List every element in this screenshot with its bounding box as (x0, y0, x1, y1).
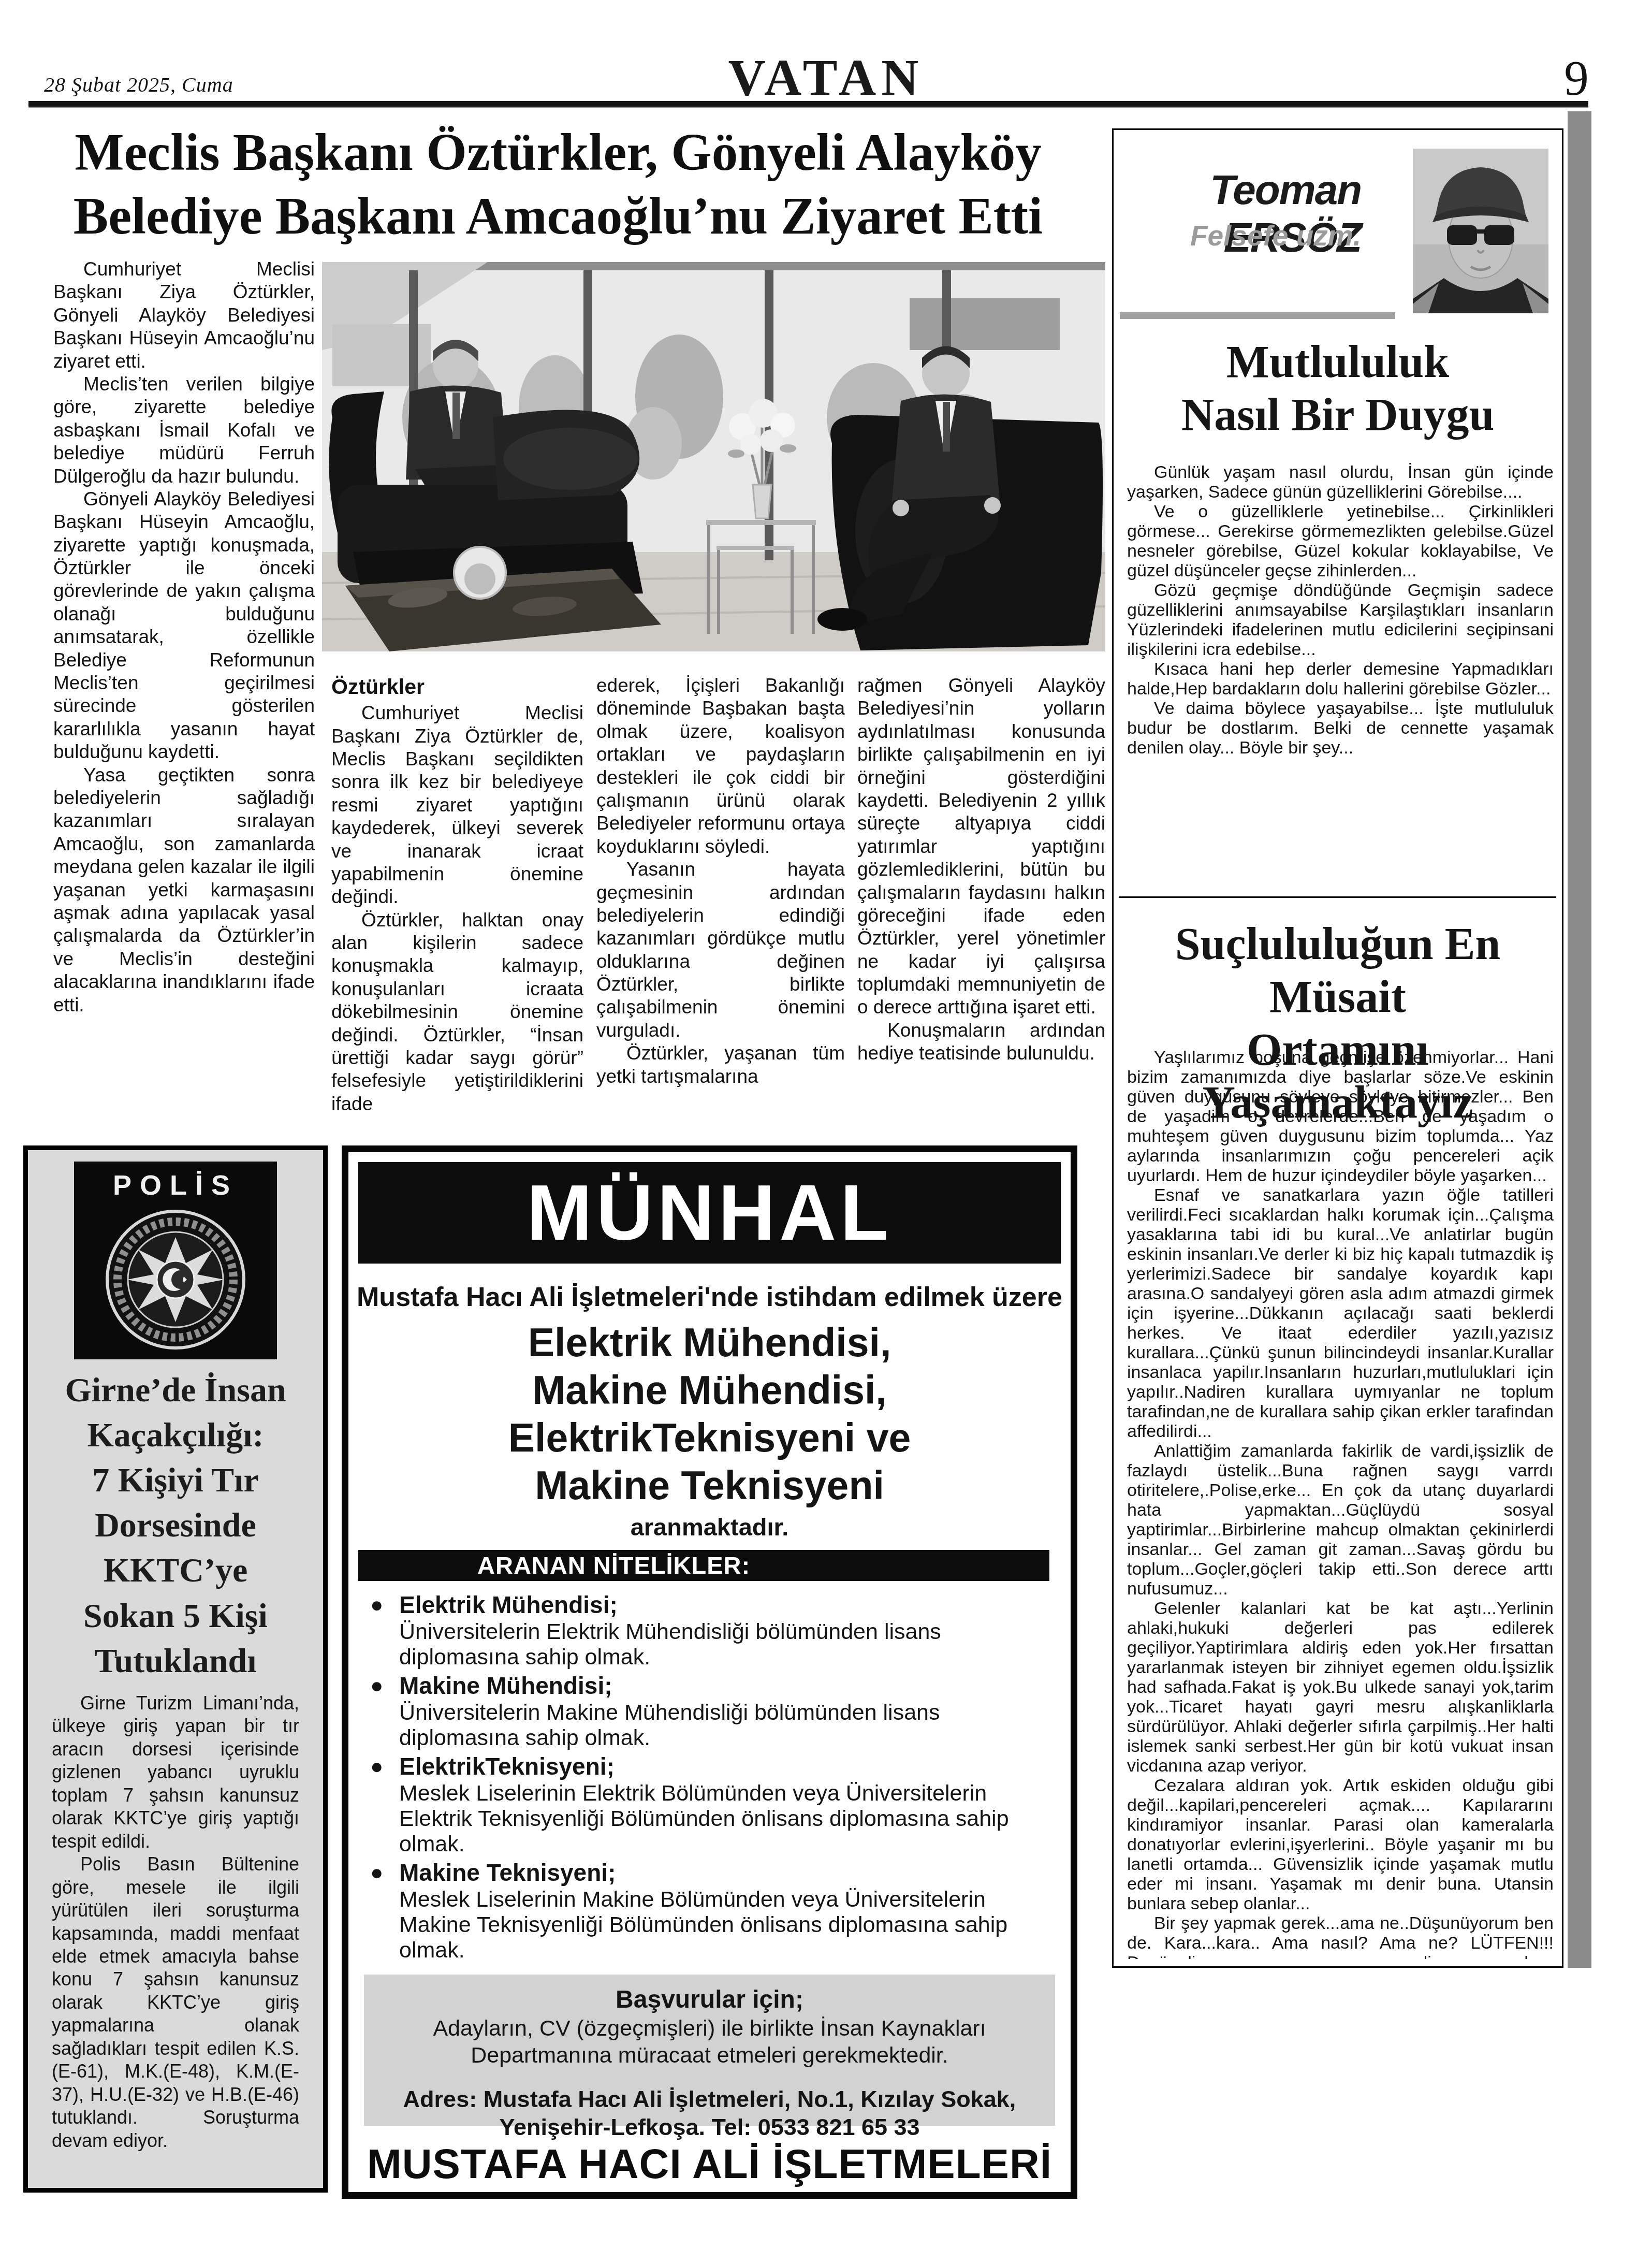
opinion1-title: Mutlululuk Nasıl Bir Duygu (1114, 336, 1562, 442)
main-headline-line2: Belediye Başkanı Amcaoğlu’nu Ziyaret Ett… (30, 184, 1086, 248)
main-article-column-2-text: Cumhuriyet Meclisi Başkanı Ziya Öztürkle… (331, 702, 583, 1115)
column-subhead: Öztürkler (331, 674, 583, 700)
opinion2-title-line1: Suçlululuğun En Müsait (1114, 918, 1562, 1024)
application-line1: Adayların, CV (özgeçmişleri) ile birlikt… (364, 2015, 1055, 2042)
columnist-photo (1413, 149, 1548, 313)
main-headline-line1: Meclis Başkanı Öztürkler, Gönyeli Alaykö… (30, 121, 1086, 184)
meeting-photo-illustration (322, 262, 1105, 651)
application-line2: Departmanına müracaat etmeleri gerekmekt… (364, 2042, 1055, 2069)
bullet-icon (370, 1671, 389, 1751)
bullet-icon (370, 1752, 389, 1857)
header-rule (28, 101, 1588, 107)
address-line2: Yenişehir-Lefkoşa. Tel: 0533 821 65 33 (364, 2113, 1055, 2141)
opinion1-title-line2: Nasıl Bir Duygu (1114, 389, 1562, 442)
bullet-icon (370, 1858, 389, 1963)
masthead-title: VATAN (0, 48, 1652, 107)
qualifications-list: Elektrik Mühendisi;Üniversitelerin Elekt… (370, 1590, 1059, 1964)
main-article-column-2: Öztürkler Cumhuriyet Meclisi Başkanı Ziy… (331, 674, 583, 1140)
meeting-photo (322, 262, 1105, 651)
opinion1-body: Günlük yaşam nasıl olurdu, İnsan gün içi… (1127, 462, 1554, 897)
application-address: Adres: Mustafa Hacı Ali İşletmeleri, No.… (364, 2085, 1055, 2141)
job-ad-header: MÜNHAL (358, 1162, 1061, 1264)
company-name: MUSTAFA HACI ALİ İŞLETMELERİ (348, 2140, 1071, 2188)
address-line1: Adres: Mustafa Hacı Ali İşletmeleri, No.… (364, 2085, 1055, 2113)
opinion2-body: Yaşlılarımız boşuna geçmişe özenmiyorlar… (1127, 1048, 1554, 1959)
qualifications-header: ARANAN NİTELİKLER: (358, 1550, 1049, 1581)
columnist-divider (1120, 312, 1395, 319)
main-article-column-1: Cumhuriyet Meclisi Başkanı Ziya Öztürkle… (53, 258, 315, 1141)
job-ad-box: MÜNHAL Mustafa Hacı Ali İşletmeleri'nde … (342, 1145, 1077, 2199)
columnist-sidebar: Teoman ERSÖZ Felsefe uzm. Mutlululuk (1112, 128, 1563, 1968)
police-news-box: POLİS Girne’de İnsanKaçakçılığı:7 Kişiyi… (23, 1145, 328, 2193)
job-ad-intro: Mustafa Hacı Ali İşletmeleri'nde istihda… (348, 1282, 1071, 1313)
main-headline: Meclis Başkanı Öztürkler, Gönyeli Alaykö… (30, 121, 1086, 248)
columnist-title: Felsefe uzm. (1119, 219, 1361, 252)
sidebar-gray-bar (1568, 111, 1591, 1968)
bullet-icon (370, 1590, 389, 1670)
newspaper-page: 28 Şubat 2025, Cuma VATAN 9 Meclis Başka… (0, 0, 1652, 2263)
page-number: 9 (1545, 50, 1607, 107)
svg-text:POLİS: POLİS (113, 1170, 238, 1201)
opinion-separator (1119, 896, 1556, 898)
job-ad-positions: Elektrik Mühendisi,Makine Mühendisi,Elek… (348, 1319, 1071, 1510)
main-article-column-3: ederek, İçişleri Bakanlığı döneminde Baş… (596, 674, 845, 1140)
police-body: Girne Turizm Limanı’nda, ülkeye giriş ya… (52, 1692, 299, 2152)
job-ad-wanted: aranmaktadır. (348, 1513, 1071, 1541)
police-headline: Girne’de İnsanKaçakçılığı:7 Kişiyi TırDo… (28, 1368, 323, 1684)
main-article-column-4: rağmen Gönyeli Alayköy Belediyesi’nin yo… (857, 674, 1105, 1140)
opinion1-title-line1: Mutlululuk (1114, 336, 1562, 389)
police-badge-icon: POLİS (74, 1162, 277, 1359)
application-box: Başvurular için; Adayların, CV (özgeçmiş… (364, 1975, 1055, 2126)
application-title: Başvurular için; (364, 1985, 1055, 2015)
